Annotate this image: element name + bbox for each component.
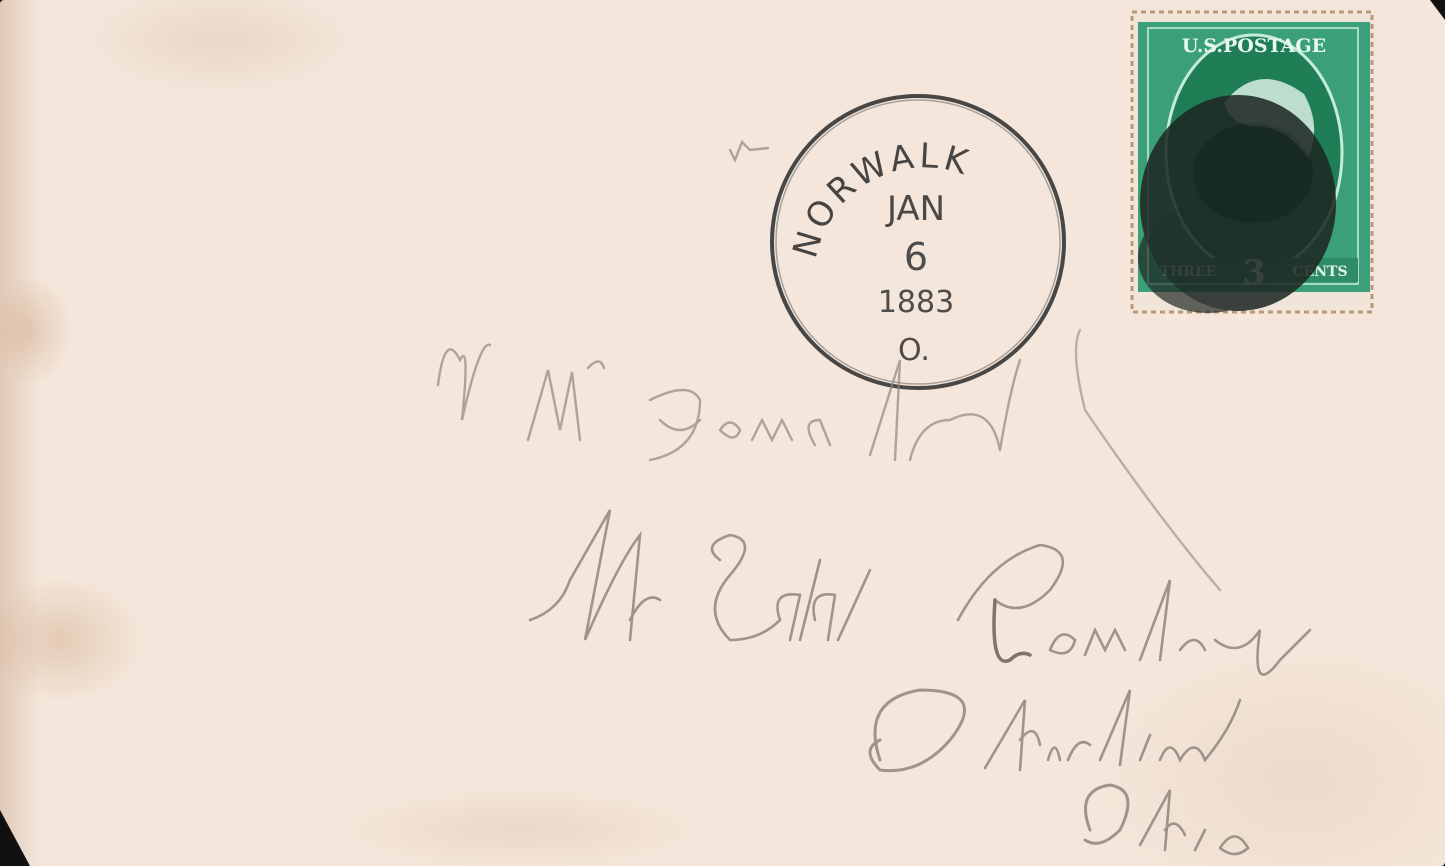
stamp-top-text: U.S.POSTAGE xyxy=(1182,35,1326,57)
envelope: U.S.POSTAGE THREE 3 CENTS NORWALK JAN 6 … xyxy=(0,0,1445,866)
return-line-text: W. McDonald xyxy=(0,0,1,1)
city-text: Oberlin xyxy=(0,0,1,1)
postmark-month: JAN xyxy=(885,189,945,229)
postmark-town: NORWALK xyxy=(785,136,976,262)
recipient-text: Mr Edd Rowley xyxy=(0,0,1,1)
postmark-state: O. xyxy=(898,333,930,368)
postmark-year: 1883 xyxy=(878,285,954,320)
postmark-day: 6 xyxy=(904,235,928,279)
svg-text:NORWALK: NORWALK xyxy=(785,136,976,262)
postage-stamp: U.S.POSTAGE THREE 3 CENTS xyxy=(1128,8,1376,316)
state-text: Ohio xyxy=(0,0,1,1)
circular-datestamp: NORWALK JAN 6 1883 O. xyxy=(766,90,1070,394)
